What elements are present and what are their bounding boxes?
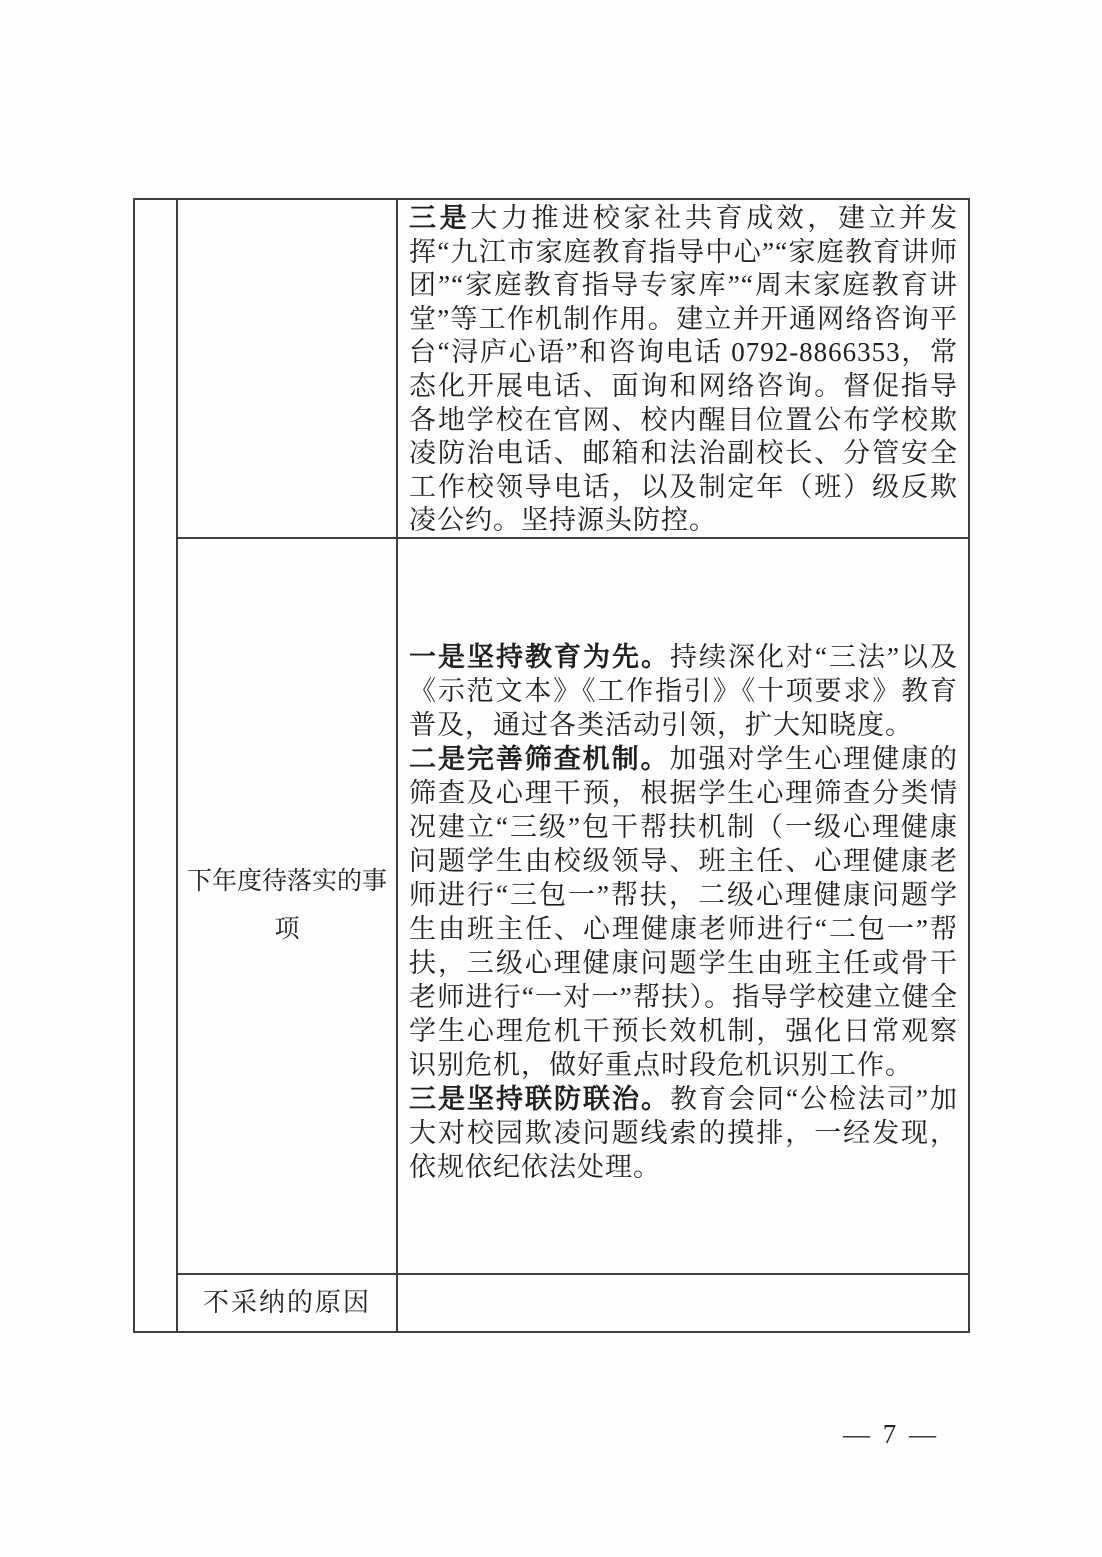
document-page: 三是大力推进校家社共育成效，建立并发挥“九江市家庭教育指导中心”“家庭教育讲师团… (0, 0, 1102, 1557)
row1-label-cell-empty (178, 200, 398, 537)
table-row: 三是大力推进校家社共育成效，建立并发挥“九江市家庭教育指导中心”“家庭教育讲师团… (178, 200, 968, 537)
bold-lead-in: 一是坚持教育为先。 (409, 642, 670, 672)
feedback-table: 三是大力推进校家社共育成效，建立并发挥“九江市家庭教育指导中心”“家庭教育讲师团… (133, 198, 970, 1333)
bold-lead-in: 三是 (409, 203, 470, 233)
page-number: — 7 — (843, 1419, 939, 1450)
table-spanning-left-column-cell (135, 200, 178, 1331)
table-main-columns: 三是大力推进校家社共育成效，建立并发挥“九江市家庭教育指导中心”“家庭教育讲师团… (178, 200, 968, 1331)
paragraph-text: 大力推进校家社共育成效，建立并发挥“九江市家庭教育指导中心”“家庭教育讲师团”“… (409, 203, 958, 535)
paragraph: 三是大力推进校家社共育成效，建立并发挥“九江市家庭教育指导中心”“家庭教育讲师团… (409, 202, 958, 538)
paragraph: 三是坚持联防联治。教育会同“公检法司”加大对校园欺凌问题线索的摸排，一经发现，依… (409, 1082, 958, 1184)
row1-content-cell: 三是大力推进校家社共育成效，建立并发挥“九江市家庭教育指导中心”“家庭教育讲师团… (398, 200, 968, 537)
rejection-reason-content-cell-empty (398, 1275, 968, 1331)
bold-lead-in: 二是完善筛查机制。 (409, 744, 670, 774)
table-row: 下年度待落实的事项 一是坚持教育为先。持续深化对“三法”以及《示范文本》《工作指… (178, 537, 968, 1273)
paragraph: 一是坚持教育为先。持续深化对“三法”以及《示范文本》《工作指引》《十项要求》教育… (409, 640, 958, 742)
paragraph-text: 加强对学生心理健康的筛查及心理干预，根据学生心理筛查分类情况建立“三级”包干帮扶… (409, 744, 958, 1080)
rejection-reason-label: 不采纳的原因 (178, 1275, 398, 1331)
table-row: 不采纳的原因 (178, 1273, 968, 1331)
bold-lead-in: 三是坚持联防联治。 (409, 1084, 670, 1114)
paragraph: 二是完善筛查机制。加强对学生心理健康的筛查及心理干预，根据学生心理筛查分类情况建… (409, 742, 958, 1082)
next-year-items-content-cell: 一是坚持教育为先。持续深化对“三法”以及《示范文本》《工作指引》《十项要求》教育… (398, 539, 968, 1273)
next-year-items-label: 下年度待落实的事项 (178, 539, 398, 1273)
